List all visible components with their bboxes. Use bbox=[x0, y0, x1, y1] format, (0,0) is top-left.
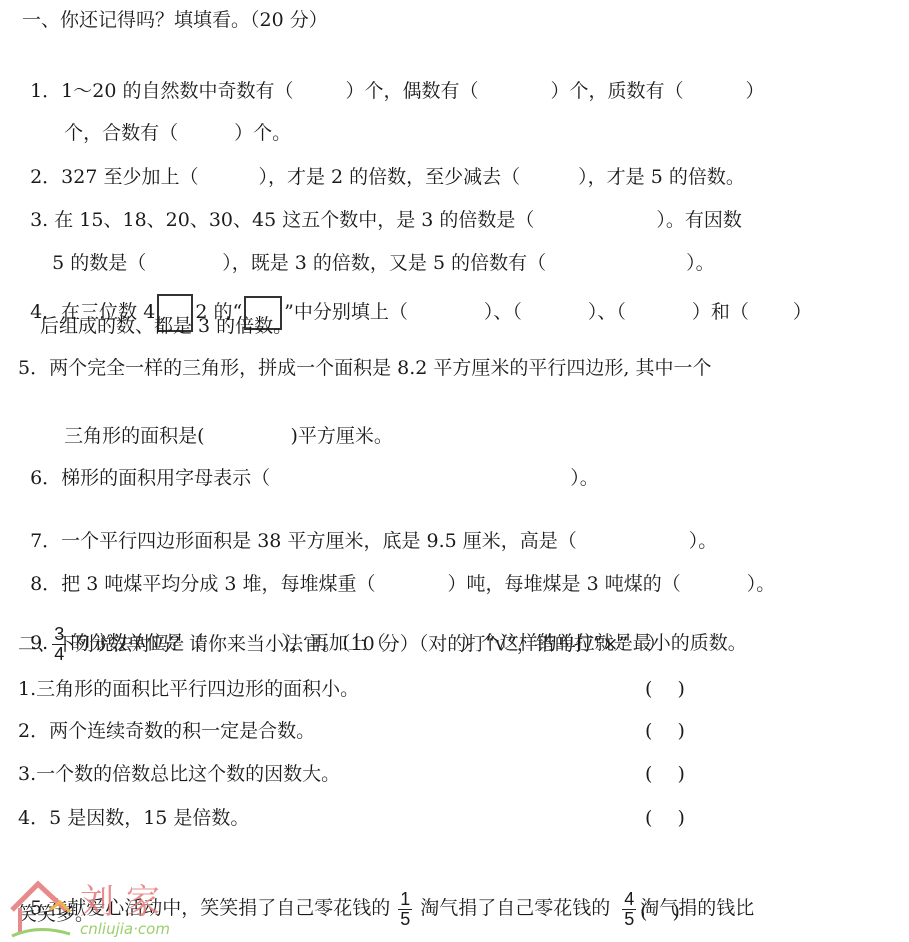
question-2: 2．327 至少加上（），才是 2 的倍数，至少减去（），才是 5 的倍数。 bbox=[18, 141, 745, 189]
q4-text-d: ）、（ bbox=[484, 301, 522, 323]
q4-text-f: ）和（ bbox=[692, 301, 749, 323]
judge-answer-1[interactable]: ( ) bbox=[645, 677, 685, 701]
q4-text-c: ”中分别填上（ bbox=[284, 301, 408, 323]
question-6: 6．梯形的面积用字母表示（）。 bbox=[18, 442, 599, 490]
question-3-line1: 3. 在 15、18、20、30、45 这五个数中，是 3 的倍数是（）。有因数 bbox=[18, 184, 742, 232]
q6-text-b: ）。 bbox=[570, 467, 599, 489]
q8-text-c: ）。 bbox=[747, 573, 776, 595]
question-5-line1: 5．两个完全一样的三角形，拼成一个面积是 8.2 平方厘米的平行四边形, 其中一… bbox=[18, 356, 711, 380]
fraction-numerator: 1 bbox=[398, 890, 412, 910]
judge-answer-2[interactable]: ( ) bbox=[645, 719, 685, 743]
j5-text-b: 淘气捐了自己零花钱的 bbox=[420, 897, 610, 919]
judge-answer-3[interactable]: ( ) bbox=[645, 762, 685, 786]
judge-item-4: 4．5 是因数，15 是倍数。 bbox=[18, 806, 249, 830]
question-5-line2: 三角形的面积是()平方厘米。 bbox=[52, 400, 393, 448]
fraction-numerator: 4 bbox=[622, 890, 636, 910]
judge-answer-5[interactable]: ( ) bbox=[640, 900, 680, 924]
judge-answer-4[interactable]: ( ) bbox=[645, 806, 685, 830]
q1-text-b: ）个，偶数有（ bbox=[346, 80, 479, 102]
judge-item-5-line2: 笑笑多。 bbox=[18, 902, 94, 926]
fraction-1-5: 15 bbox=[398, 890, 412, 929]
q1-text-c: ）个，质数有（ bbox=[551, 80, 684, 102]
section2-heading: 二、下列说法对吗？请你来当小法官。（10 分）（对的打“√”，错的打“×” ） bbox=[18, 632, 666, 656]
question-4-line2: 后组成的数、都是 3 的倍数。 bbox=[40, 314, 292, 338]
question-7: 7．一个平行四边形面积是 38 平方厘米，底是 9.5 厘米，高是（）。 bbox=[18, 505, 717, 553]
question-3-line2: 5 的数是（），既是 3 的倍数，又是 5 的倍数有（）。 bbox=[40, 227, 715, 275]
section1-heading: 一、你还记得吗？填填看。（20 分） bbox=[22, 8, 328, 32]
judge-item-2: 2．两个连续奇数的积一定是合数。 bbox=[18, 719, 315, 743]
judge-item-3: 3.一个数的倍数总比这个数的因数大。 bbox=[18, 762, 340, 786]
question-1-line2: 个，合数有（）个。 bbox=[52, 97, 291, 145]
question-1-line1: 1．1～20 的自然数中奇数有（）个，偶数有（）个，质数有（） bbox=[18, 55, 765, 103]
fraction-4-5: 45 bbox=[622, 890, 636, 929]
q6-text-a: 6．梯形的面积用字母表示（ bbox=[30, 467, 270, 489]
q4-text-e: ）、（ bbox=[588, 301, 626, 323]
fraction-denominator: 5 bbox=[622, 910, 636, 929]
q4-text-g: ） bbox=[793, 301, 812, 323]
judge-item-1: 1.三角形的面积比平行四边形的面积小。 bbox=[18, 677, 359, 701]
fraction-denominator: 5 bbox=[398, 910, 412, 929]
q1-text-d: ） bbox=[746, 80, 765, 102]
